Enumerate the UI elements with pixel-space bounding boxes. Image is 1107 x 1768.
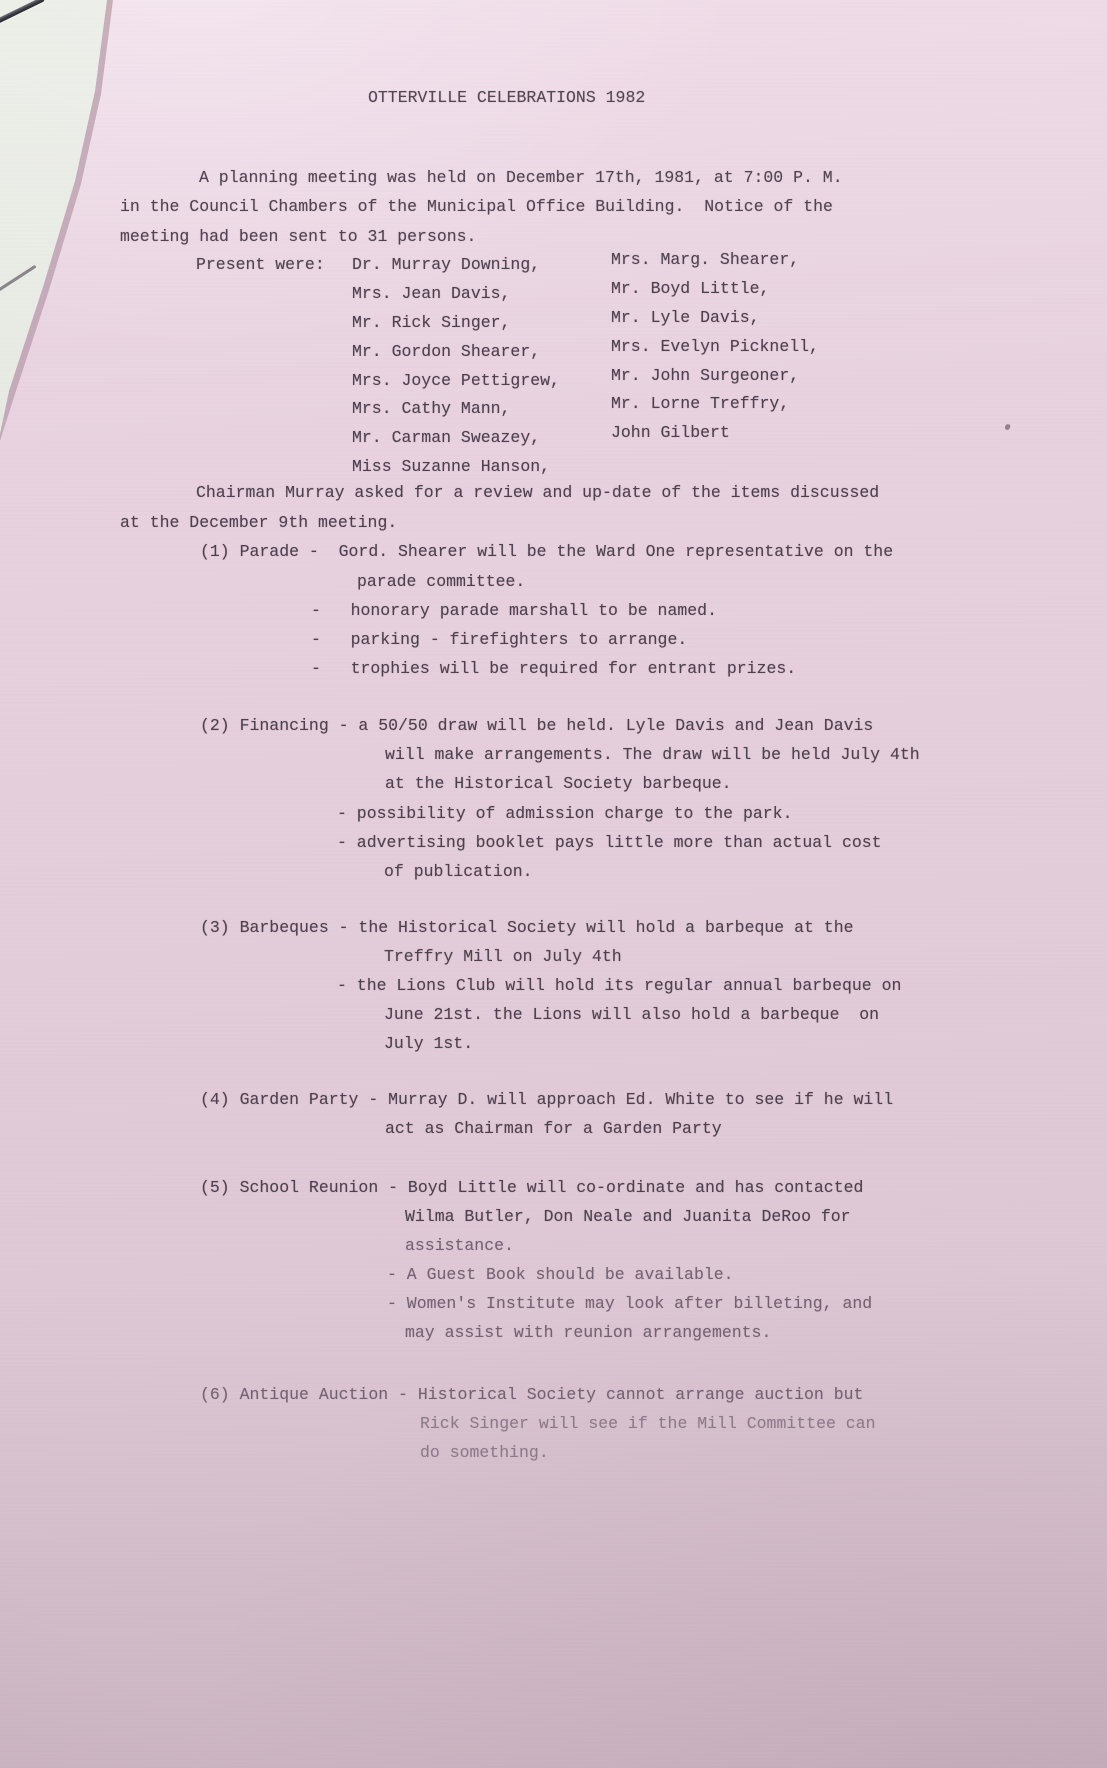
document-title: OTTERVILLE CELEBRATIONS 1982: [368, 88, 645, 109]
agenda-item-line: of publication.: [384, 862, 533, 883]
intro-line: A planning meeting was held on December …: [199, 168, 843, 189]
agenda-item-line: June 21st. the Lions will also hold a ba…: [384, 1005, 879, 1026]
attendee-name: Mrs. Marg. Shearer,: [611, 250, 799, 271]
agenda-item-heading: (2) Financing - a 50/50 draw will be hel…: [200, 716, 873, 737]
intro-line: meeting had been sent to 31 persons.: [120, 227, 476, 248]
agenda-item-heading: (1) Parade - Gord. Shearer will be the W…: [200, 542, 893, 563]
agenda-item-line: - parking - firefighters to arrange.: [311, 630, 687, 651]
agenda-item-heading: (6) Antique Auction - Historical Society…: [200, 1385, 863, 1406]
pink-paper: OTTERVILLE CELEBRATIONS 1982 A planning …: [0, 0, 1107, 1768]
attendee-name: Mr. Carman Sweazey,: [352, 428, 540, 449]
attendee-name: Mrs. Joyce Pettigrew,: [352, 371, 560, 392]
agenda-item-line: Rick Singer will see if the Mill Committ…: [420, 1414, 875, 1435]
agenda-item-line: do something.: [420, 1443, 549, 1464]
agenda-item-line: at the Historical Society barbeque.: [385, 774, 732, 795]
attendee-name: Mr. Rick Singer,: [352, 313, 510, 334]
pen-edge-lower-icon: [0, 265, 37, 292]
intro-line: in the Council Chambers of the Municipal…: [120, 197, 833, 218]
agenda-item-line: July 1st.: [384, 1034, 473, 1055]
attendees-label: Present were:: [196, 255, 325, 276]
attendee-name: Mr. Lyle Davis,: [611, 308, 760, 329]
attendee-name: Dr. Murray Downing,: [352, 255, 540, 276]
agenda-item-heading: (3) Barbeques - the Historical Society w…: [200, 918, 854, 939]
agenda-item-line: Wilma Butler, Don Neale and Juanita DeRo…: [405, 1207, 851, 1228]
agenda-item-heading: (5) School Reunion - Boyd Little will co…: [200, 1178, 863, 1199]
attendee-name: Mr. Boyd Little,: [611, 279, 769, 300]
attendee-name: Mr. Gordon Shearer,: [352, 342, 540, 363]
attendee-name: Mr. John Surgeoner,: [611, 366, 799, 387]
agenda-item-line: act as Chairman for a Garden Party: [385, 1119, 722, 1140]
scanned-document-photo: OTTERVILLE CELEBRATIONS 1982 A planning …: [0, 0, 1107, 1768]
ink-speck-right: [1004, 423, 1011, 430]
agenda-item-line: - A Guest Book should be available.: [387, 1265, 734, 1286]
agenda-item-line: - possibility of admission charge to the…: [337, 804, 792, 825]
attendee-name: Mrs. Jean Davis,: [352, 284, 510, 305]
attendee-name: John Gilbert: [611, 423, 730, 444]
pen-edge-top-icon: [0, 0, 45, 24]
agenda-item-line: will make arrangements. The draw will be…: [385, 745, 920, 766]
agenda-item-line: - trophies will be required for entrant …: [311, 659, 796, 680]
chairman-note-line: Chairman Murray asked for a review and u…: [196, 483, 879, 504]
chairman-note-line: at the December 9th meeting.: [120, 513, 397, 534]
agenda-item-line: assistance.: [405, 1236, 514, 1257]
attendee-name: Mrs. Cathy Mann,: [352, 399, 510, 420]
attendee-name: Mr. Lorne Treffry,: [611, 394, 789, 415]
agenda-item-line: Treffry Mill on July 4th: [384, 947, 622, 968]
agenda-item-line: may assist with reunion arrangements.: [405, 1323, 771, 1344]
agenda-item-heading: (4) Garden Party - Murray D. will approa…: [200, 1090, 893, 1111]
agenda-item-line: - Women's Institute may look after bille…: [387, 1294, 872, 1315]
agenda-item-line: - advertising booklet pays little more t…: [337, 833, 882, 854]
agenda-item-line: parade committee.: [357, 572, 525, 593]
agenda-item-line: - honorary parade marshall to be named.: [311, 601, 717, 622]
attendee-name: Mrs. Evelyn Picknell,: [611, 337, 819, 358]
agenda-item-line: - the Lions Club will hold its regular a…: [337, 976, 901, 997]
attendee-name: Miss Suzanne Hanson,: [352, 457, 550, 478]
